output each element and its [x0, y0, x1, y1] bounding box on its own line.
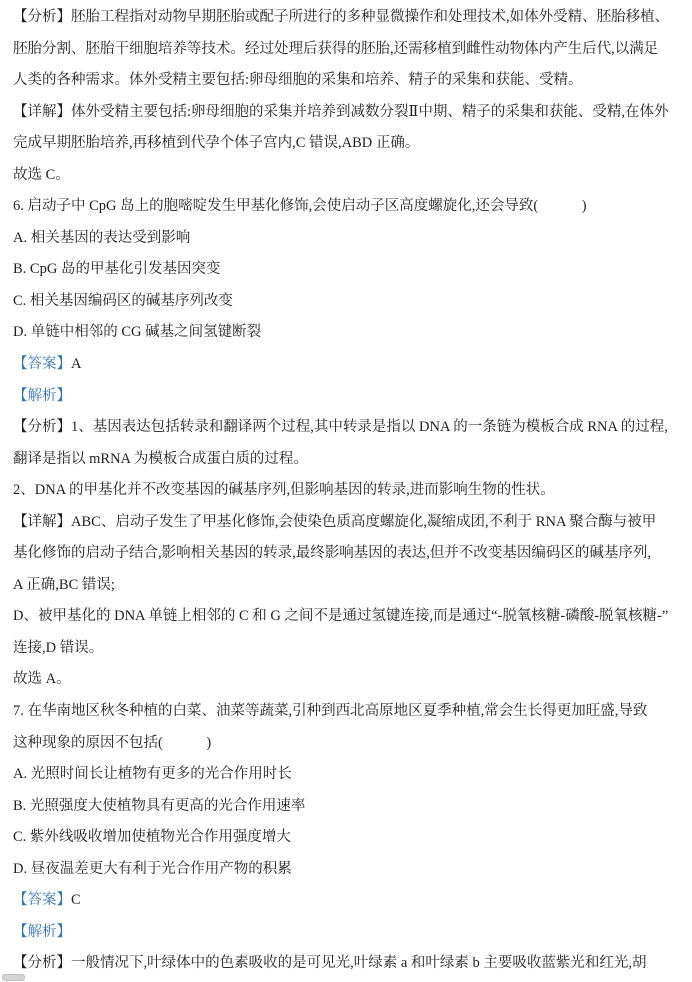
analysis-q6-line-2: 翻译是指以 mRNA 为模板合成蛋白质的过程。 — [13, 444, 682, 476]
text-run: 【分析】胚胎工程指对动物早期胚胎或配子所进行的多种显微操作和处理技术,如体外受精… — [13, 9, 669, 25]
question-6-option-b: B. CpG 岛的甲基化引发基因突变 — [13, 254, 682, 286]
text-run: A — [71, 356, 81, 372]
text-run: 【详解】体外受精主要包括:卵母细胞的采集并培养到减数分裂Ⅱ中期、精子的采集和获能… — [13, 104, 669, 120]
question-7-option-c: C. 紫外线吸收增加使植物光合作用强度增大 — [13, 822, 682, 854]
text-run: A. 相关基因的表达受到影响 — [13, 230, 190, 246]
detail-q6-line-5: 连接,D 错误。 — [13, 633, 682, 665]
analysis-heading-q6: 【解析】 — [13, 381, 682, 413]
text-run: B. CpG 岛的甲基化引发基因突变 — [13, 261, 220, 277]
question-7-option-a: A. 光照时间长让植物有更多的光合作用时长 — [13, 759, 682, 791]
question-7-stem-line-2: 这种现象的原因不包括( ) — [13, 728, 682, 760]
text-run: 2、DNA 的甲基化并不改变基因的碱基序列,但影响基因的转录,进而影响生物的性状… — [13, 482, 555, 498]
text-run: 基化修饰的启动子结合,影响相关基因的转录,最终影响基因的表达,但并不改变基因编码… — [13, 545, 651, 561]
document-page: 【分析】胚胎工程指对动物早期胚胎或配子所进行的多种显微操作和处理技术,如体外受精… — [0, 0, 692, 982]
text-run: 翻译是指以 mRNA 为模板合成蛋白质的过程。 — [13, 451, 308, 467]
question-6-option-d: D. 单链中相邻的 CG 碱基之间氢键断裂 — [13, 317, 682, 349]
analysis-q5-line-1: 【分析】胚胎工程指对动物早期胚胎或配子所进行的多种显微操作和处理技术,如体外受精… — [13, 2, 682, 34]
detail-q6-line-3: A 正确,BC 错误; — [13, 570, 682, 602]
section-label: 【解析】 — [13, 924, 71, 940]
analysis-heading-q7: 【解析】 — [13, 917, 682, 949]
section-label: 【解析】 — [13, 388, 71, 404]
text-run: B. 光照强度大使植物具有更高的光合作用速率 — [13, 798, 305, 814]
text-run: 7. 在华南地区秋冬种植的白菜、油菜等蔬菜,引种到西北高原地区夏季种植,常会生长… — [13, 703, 647, 719]
text-run: 【详解】ABC、启动子发生了甲基化修饰,会使染色质高度螺旋化,凝缩成团,不利于 … — [13, 514, 656, 530]
analysis-q5-line-3: 人类的各种需求。体外受精主要包括:卵母细胞的采集和培养、精子的采集和获能、受精。 — [13, 65, 682, 97]
analysis-q6-line-3: 2、DNA 的甲基化并不改变基因的碱基序列,但影响基因的转录,进而影响生物的性状… — [13, 475, 682, 507]
text-run: 故选 A。 — [13, 671, 71, 687]
question-6-option-c: C. 相关基因编码区的碱基序列改变 — [13, 286, 682, 318]
question-7-option-d: D. 昼夜温差更大有利于光合作用产物的积累 — [13, 854, 682, 886]
question-6-option-a: A. 相关基因的表达受到影响 — [13, 223, 682, 255]
detail-q6-line-2: 基化修饰的启动子结合,影响相关基因的转录,最终影响基因的表达,但并不改变基因编码… — [13, 538, 682, 570]
conclusion-q5: 故选 C。 — [13, 160, 682, 192]
text-run: C — [71, 892, 81, 908]
text-run: 这种现象的原因不包括( ) — [13, 735, 211, 751]
text-run: 6. 启动子中 CpG 岛上的胞嘧啶发生甲基化修饰,会使启动子区高度螺旋化,还会… — [13, 198, 587, 214]
answer-q7: 【答案】C — [13, 885, 682, 917]
text-run: 【分析】1、基因表达包括转录和翻译两个过程,其中转录是指以 DNA 的一条链为模… — [13, 419, 668, 435]
text-run: A. 光照时间长让植物有更多的光合作用时长 — [13, 766, 292, 782]
analysis-q7-line-1: 【分析】一般情况下,叶绿体中的色素吸收的是可见光,叶绿素 a 和叶绿素 b 主要… — [13, 948, 682, 980]
text-run: 故选 C。 — [13, 167, 70, 183]
question-6-stem: 6. 启动子中 CpG 岛上的胞嘧啶发生甲基化修饰,会使启动子区高度螺旋化,还会… — [13, 191, 682, 223]
horizontal-scrollbar-thumb[interactable] — [2, 974, 25, 981]
section-label: 【答案】 — [13, 892, 71, 908]
conclusion-q6: 故选 A。 — [13, 664, 682, 696]
detail-q5-line-1: 【详解】体外受精主要包括:卵母细胞的采集并培养到减数分裂Ⅱ中期、精子的采集和获能… — [13, 97, 682, 129]
document-text-area: 【分析】胚胎工程指对动物早期胚胎或配子所进行的多种显微操作和处理技术,如体外受精… — [13, 2, 682, 980]
text-run: C. 相关基因编码区的碱基序列改变 — [13, 293, 233, 309]
text-run: 人类的各种需求。体外受精主要包括:卵母细胞的采集和培养、精子的采集和获能、受精。 — [13, 72, 583, 88]
answer-q6: 【答案】A — [13, 349, 682, 381]
text-run: 完成早期胚胎培养,再移植到代孕个体子宫内,C 错误,ABD 正确。 — [13, 135, 419, 151]
analysis-q5-line-2: 胚胎分割、胚胎干细胞培养等技术。经过处理后获得的胚胎,还需移植到雌性动物体内产生… — [13, 34, 682, 66]
text-run: 胚胎分割、胚胎干细胞培养等技术。经过处理后获得的胚胎,还需移植到雌性动物体内产生… — [13, 41, 658, 57]
detail-q6-line-1: 【详解】ABC、启动子发生了甲基化修饰,会使染色质高度螺旋化,凝缩成团,不利于 … — [13, 507, 682, 539]
detail-q5-line-2: 完成早期胚胎培养,再移植到代孕个体子宫内,C 错误,ABD 正确。 — [13, 128, 682, 160]
question-7-option-b: B. 光照强度大使植物具有更高的光合作用速率 — [13, 791, 682, 823]
detail-q6-line-4: D、被甲基化的 DNA 单链上相邻的 C 和 G 之间不是通过氢键连接,而是通过… — [13, 601, 682, 633]
section-label: 【答案】 — [13, 356, 71, 372]
text-run: D、被甲基化的 DNA 单链上相邻的 C 和 G 之间不是通过氢键连接,而是通过… — [13, 608, 668, 624]
text-run: C. 紫外线吸收增加使植物光合作用强度增大 — [13, 829, 291, 845]
text-run: D. 昼夜温差更大有利于光合作用产物的积累 — [13, 861, 292, 877]
text-run: A 正确,BC 错误; — [13, 577, 115, 593]
text-run: 【分析】一般情况下,叶绿体中的色素吸收的是可见光,叶绿素 a 和叶绿素 b 主要… — [13, 955, 647, 971]
text-run: D. 单链中相邻的 CG 碱基之间氢键断裂 — [13, 324, 261, 340]
analysis-q6-line-1: 【分析】1、基因表达包括转录和翻译两个过程,其中转录是指以 DNA 的一条链为模… — [13, 412, 682, 444]
question-7-stem-line-1: 7. 在华南地区秋冬种植的白菜、油菜等蔬菜,引种到西北高原地区夏季种植,常会生长… — [13, 696, 682, 728]
text-run: 连接,D 错误。 — [13, 640, 103, 656]
